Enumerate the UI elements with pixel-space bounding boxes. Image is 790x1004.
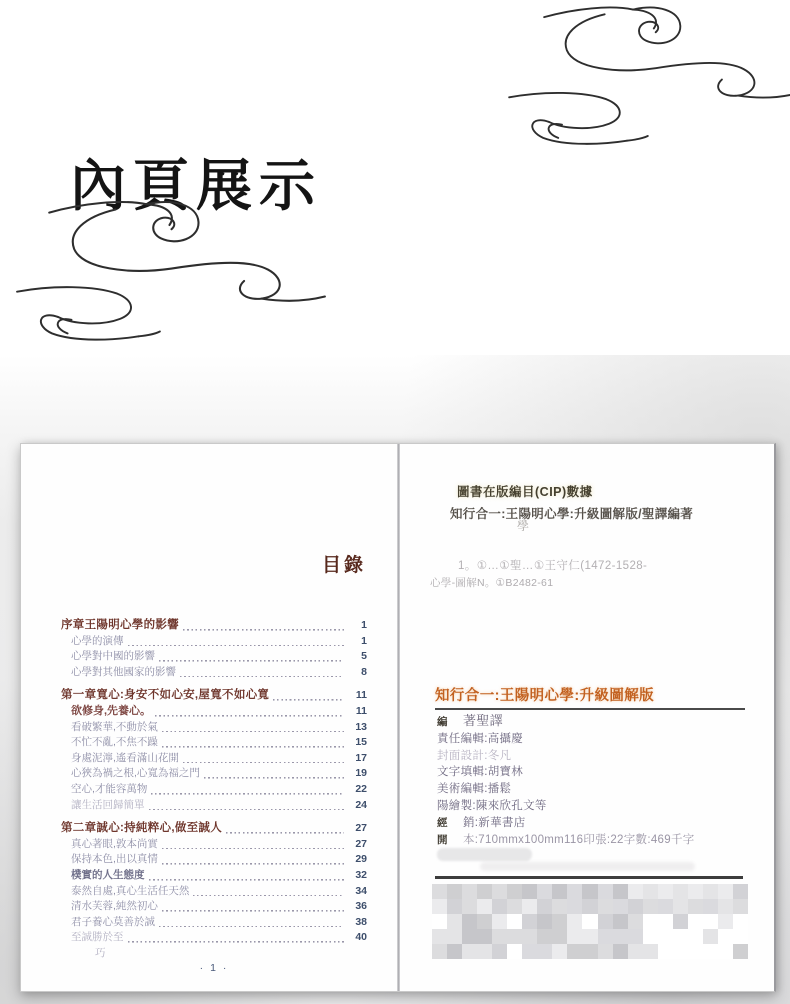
toc-entry-page-number: 24: [347, 798, 367, 814]
toc-dot-leader: [183, 628, 344, 631]
toc-entry-label: 看破繁華,不動於氣: [61, 720, 158, 736]
title-underline: [435, 708, 745, 710]
credit-row: 文字填輯:胡寶林: [437, 764, 757, 781]
cip-detail-line-2: 心學-圖解N。①B2482-61: [430, 575, 553, 590]
toc-dot-leader: [226, 831, 344, 834]
credits-list: 編 著聖譯 責任編輯:高攝慶 封面設計:冬凡 文字填輯:胡寶林 美術編輯:播鬆 …: [437, 713, 757, 848]
credit-text: 本:710mmx100mm116印張:22字數:469千字: [463, 832, 695, 849]
toc-dot-leader: [128, 940, 345, 943]
toc-entry: 樸實的人生態度 32: [61, 868, 367, 884]
toc-entry: 讓生活回歸簡單 24: [61, 798, 367, 814]
toc-dot-leader: [162, 862, 344, 865]
toc-entry: 真心著眼,敦本尚實 27: [61, 837, 367, 853]
toc-dot-leader: [162, 745, 344, 748]
toc-entry: 心學的演傳 1: [61, 634, 367, 650]
toc-entry-label: 第二章誠心:持純粹心,做至誠人: [61, 821, 222, 837]
toc-dot-leader: [162, 729, 344, 732]
cip-heading: 圖書在版編目(CIP)數據: [457, 482, 593, 500]
book-title: 知行合一:王陽明心學:升級圖解版: [435, 684, 654, 705]
toc-entry-label: 心學對中國的影響: [61, 649, 155, 665]
toc-dot-leader: [149, 878, 345, 881]
credit-row: 開 本:710mmx100mm116印張:22字數:469千字: [437, 832, 757, 849]
toc-entry-page-number: 1: [347, 634, 367, 650]
divider-line: [435, 876, 743, 879]
toc-dot-leader: [204, 776, 344, 779]
toc-entry-page-number: 11: [347, 688, 367, 704]
credit-text: 文字填輯:胡寶林: [437, 764, 523, 781]
toc-dot-leader: [162, 909, 344, 912]
toc-entry: 君子養心莫善於誠 38: [61, 915, 367, 931]
blur-smudge: [480, 862, 695, 871]
toc-entry-page-number: 27: [347, 821, 367, 837]
book-spread: 目錄 序章王陽明心學的影響 1 心學的演傳 1 心學對中國的影響 5 心學對其他…: [20, 443, 776, 992]
cip-title-line: 知行合一:王陽明心學:升級圖解版/聖譯編著: [450, 504, 693, 522]
credit-prefix: 開: [437, 832, 463, 849]
toc-dot-leader: [151, 792, 344, 795]
toc-entry-label: 讓生活回歸簡單: [61, 798, 145, 814]
toc-entry-label: 空心,才能容萬物: [61, 782, 147, 798]
toc-entry: 心學對中國的影響 5: [61, 649, 367, 665]
censored-mosaic: [432, 884, 748, 959]
toc-entry: 第一章寬心:身安不如心安,屋寬不如心寬 11: [61, 688, 367, 704]
toc-entry-label: 心狹為禍之根,心寬為福之門: [61, 766, 200, 782]
toc-entry-page-number: 32: [347, 868, 367, 884]
toc-entry-page-number: 11: [347, 704, 367, 720]
left-page-number: · 1 ·: [61, 962, 367, 974]
cip-ghost-char: 學: [516, 516, 530, 535]
credit-text: 封面設計:冬凡: [437, 748, 511, 765]
credit-text: 著聖譯: [463, 713, 503, 730]
toc-entry-label: 泰然自處,真心生活任天然: [61, 884, 189, 900]
toc-title: 目錄: [21, 550, 366, 577]
toc-entry-page-number: 13: [347, 720, 367, 736]
toc-list: 序章王陽明心學的影響 1 心學的演傳 1 心學對中國的影響 5 心學對其他國家的…: [61, 610, 367, 961]
credit-text: 陽繪製:陳來欣孔文等: [437, 798, 547, 815]
toc-entry-page-number: 5: [347, 649, 367, 665]
toc-entry-page-number: 1: [347, 618, 367, 634]
toc-entry: 保持本色,出以真情 29: [61, 852, 367, 868]
credit-row: 封面設計:冬凡: [437, 748, 757, 765]
toc-entry-page-number: 8: [347, 665, 367, 681]
toc-entry-label: 序章王陽明心學的影響: [61, 618, 179, 634]
toc-entry-label: 清水芙蓉,純然初心: [61, 899, 158, 915]
toc-entry: 至誠勝於至 40: [61, 930, 367, 946]
toc-dot-leader: [159, 924, 344, 927]
toc-entry-label: 身處泥濘,遙看滿山花開: [61, 751, 179, 767]
toc-entry: 心學對其他國家的影響 8: [61, 665, 367, 681]
credit-prefix: 編: [437, 714, 463, 731]
toc-entry: 第二章誠心:持純粹心,做至誠人 27: [61, 821, 367, 837]
toc-entry: 欲修身,先養心。 11: [61, 704, 367, 720]
toc-entry-label: 至誠勝於至: [61, 930, 124, 946]
toc-entry-label: 心學的演傳: [61, 634, 124, 650]
toc-dot-leader: [162, 846, 344, 849]
toc-dot-leader: [155, 714, 344, 717]
toc-entry-page-number: 40: [347, 930, 367, 946]
toc-wrapped-tail: 巧: [95, 946, 367, 961]
left-page-toc: 目錄 序章王陽明心學的影響 1 心學的演傳 1 心學對中國的影響 5 心學對其他…: [21, 444, 397, 991]
toc-dot-leader: [180, 674, 344, 677]
toc-entry-label: 不忙不亂,不焦不躁: [61, 735, 158, 751]
toc-entry-page-number: 17: [347, 751, 367, 767]
toc-entry: 空心,才能容萬物 22: [61, 782, 367, 798]
toc-entry: 不忙不亂,不焦不躁 15: [61, 735, 367, 751]
toc-dot-leader: [149, 807, 345, 810]
credit-row: 責任編輯:高攝慶: [437, 731, 757, 748]
credit-row: 經 銷:新華書店: [437, 815, 757, 832]
credit-text: 責任編輯:高攝慶: [437, 731, 523, 748]
credit-text: 美術編輯:播鬆: [437, 781, 511, 798]
toc-entry-page-number: 38: [347, 915, 367, 931]
toc-entry-label: 保持本色,出以真情: [61, 852, 158, 868]
toc-entry: 看破繁華,不動於氣 13: [61, 720, 367, 736]
toc-dot-leader: [183, 760, 344, 763]
credit-prefix: 經: [437, 815, 463, 832]
toc-entry: 心狹為禍之根,心寬為福之門 19: [61, 766, 367, 782]
toc-entry: 泰然自處,真心生活任天然 34: [61, 884, 367, 900]
toc-dot-leader: [128, 643, 345, 646]
credit-text: 銷:新華書店: [463, 815, 526, 832]
toc-entry-label: 心學對其他國家的影響: [61, 665, 176, 681]
cloud-swirl-icon: [505, 86, 651, 152]
toc-entry-page-number: 15: [347, 735, 367, 751]
credit-row: 美術編輯:播鬆: [437, 781, 757, 798]
toc-entry: 清水芙蓉,純然初心 36: [61, 899, 367, 915]
toc-entry-label: 君子養心莫善於誠: [61, 915, 155, 931]
toc-dot-leader: [273, 698, 344, 701]
blur-smudge: [437, 848, 532, 861]
toc-dot-leader: [159, 659, 344, 662]
toc-entry: 身處泥濘,遙看滿山花開 17: [61, 751, 367, 767]
toc-entry-label: 樸實的人生態度: [61, 868, 145, 884]
toc-entry-label: 欲修身,先養心。: [61, 704, 151, 720]
toc-entry-page-number: 36: [347, 899, 367, 915]
credit-row: 陽繪製:陳來欣孔文等: [437, 798, 757, 815]
cip-detail-line-1: 1。①…①聖…①王守仁(1472-1528-: [458, 557, 647, 573]
toc-entry-label: 第一章寬心:身安不如心安,屋寬不如心寬: [61, 688, 269, 704]
right-page-colophon: 圖書在版編目(CIP)數據 知行合一:王陽明心學:升級圖解版/聖譯編著 學 1。…: [400, 444, 777, 991]
toc-entry: 序章王陽明心學的影響 1: [61, 618, 367, 634]
cloud-swirl-icon: [8, 280, 168, 348]
toc-entry-page-number: 22: [347, 782, 367, 798]
toc-dot-leader: [193, 893, 344, 896]
toc-entry-page-number: 34: [347, 884, 367, 900]
toc-entry-label: 真心著眼,敦本尚實: [61, 837, 158, 853]
credit-row: 編 著聖譯: [437, 713, 757, 731]
toc-entry-page-number: 19: [347, 766, 367, 782]
toc-entry-page-number: 27: [347, 837, 367, 853]
toc-entry-page-number: 29: [347, 852, 367, 868]
